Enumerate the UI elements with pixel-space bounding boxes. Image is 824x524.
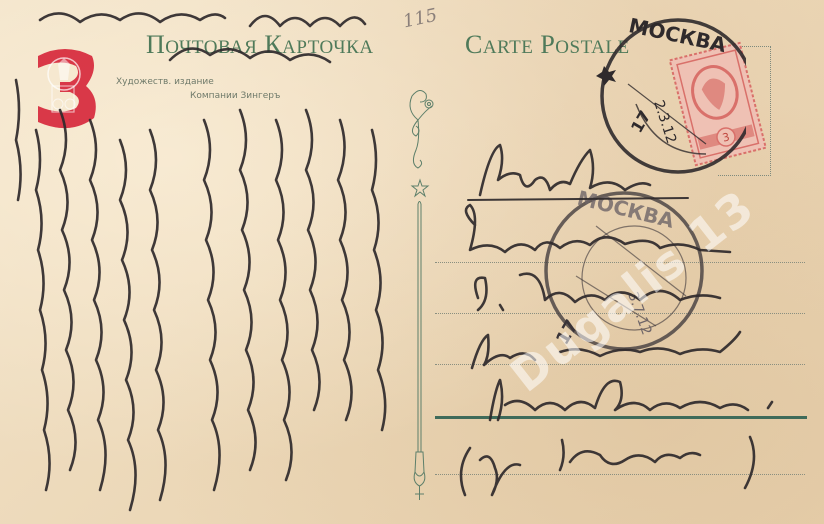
title-word: АРТОЧКА — [282, 37, 373, 58]
postcard: ШВЕЙНЫЯ МАШИНЫ ЗИНГЕРЪ ПОЧТОВАЯ КАРТОЧКА… — [0, 0, 824, 524]
postmark-date: 2.3.12 — [650, 98, 679, 145]
ornamental-divider-icon — [402, 80, 438, 520]
message-column-10 — [60, 110, 76, 470]
message-column-1 — [372, 130, 385, 430]
address-rule — [435, 474, 805, 475]
message-column-5 — [240, 110, 256, 470]
singer-logo-icon — [30, 46, 100, 132]
message-column-8 — [120, 140, 136, 510]
message-column-4 — [276, 120, 292, 480]
address-handwriting-6 — [461, 437, 754, 495]
message-column-9 — [90, 120, 106, 490]
title-initial: П — [146, 30, 165, 59]
pencil-note: 115 — [401, 5, 439, 33]
message-column-3 — [306, 110, 320, 410]
message-column-2 — [338, 120, 352, 420]
address-rule-underline — [435, 416, 807, 419]
postmark-number: 17 — [627, 107, 655, 136]
top-margin-handwriting — [40, 13, 365, 26]
publisher-company: Компании Зингеръ — [190, 91, 280, 101]
title-initial: P — [540, 30, 555, 59]
postmark-moscow-1: МОСКВА 2.3.12 17 — [596, 4, 746, 180]
message-column-6 — [204, 120, 220, 490]
title-initial: C — [465, 30, 483, 59]
message-column-11 — [36, 130, 50, 490]
address-rule — [435, 364, 805, 365]
title-word: ОЧТОВАЯ — [165, 37, 257, 58]
publisher-line: Художеств. издание — [116, 77, 214, 87]
title-word: ARTE — [483, 37, 533, 58]
message-column-12 — [16, 80, 21, 200]
title-initial: К — [264, 30, 282, 59]
postcard-title-russian: ПОЧТОВАЯ КАРТОЧКА — [146, 30, 374, 60]
message-column-7 — [150, 130, 166, 500]
